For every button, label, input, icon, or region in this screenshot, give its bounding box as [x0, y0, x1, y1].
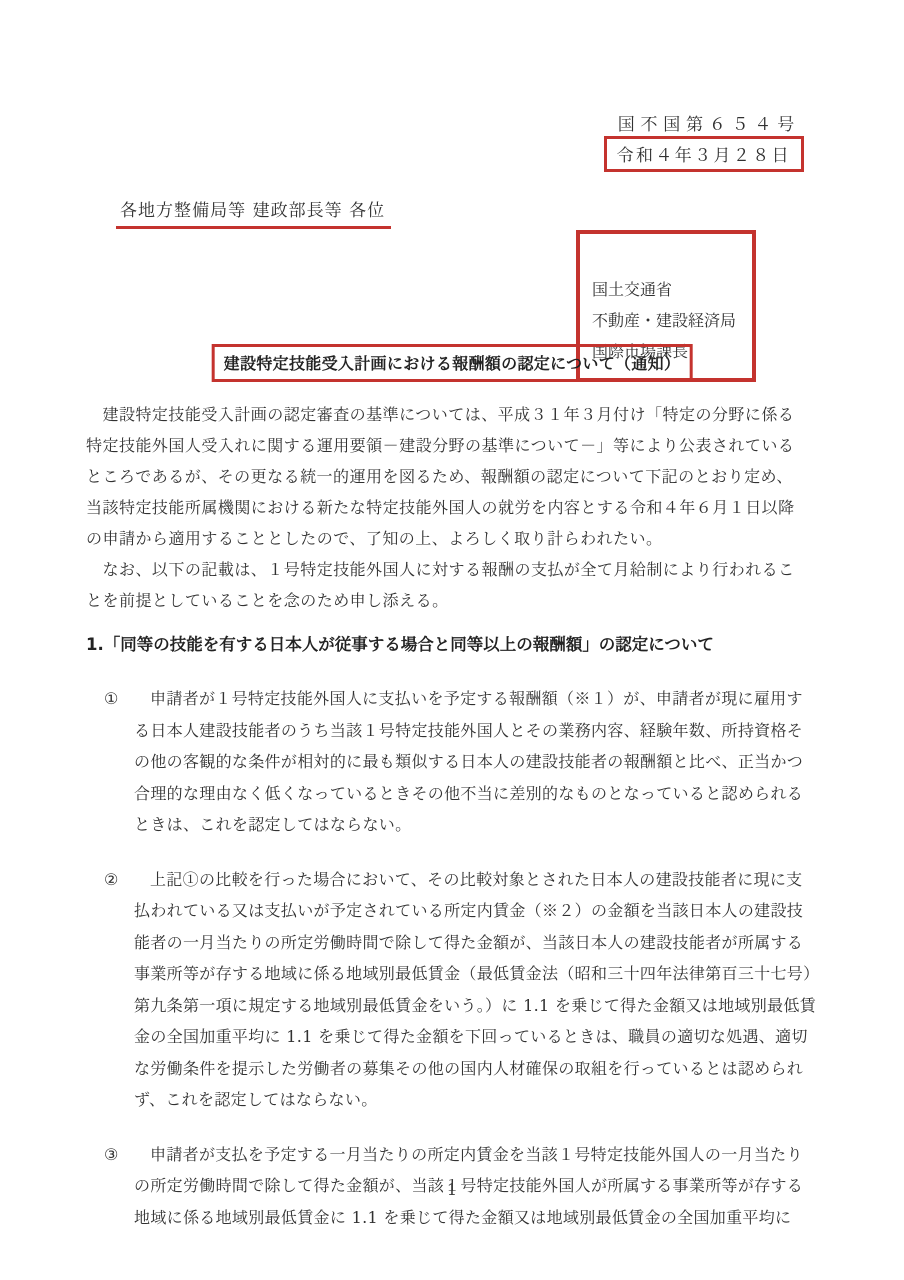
item-1-text: 申請者が１号特定技能外国人に支払いを予定する報酬額（※１）が、申請者が現に雇用す…	[134, 683, 822, 841]
date-highlight-box: 令和４年３月２８日	[604, 136, 804, 172]
numbered-item-2: ② 上記①の比較を行った場合において、その比較対象とされた日本人の建設技能者に現…	[134, 864, 822, 1116]
item-3-marker: ③	[104, 1139, 118, 1171]
document-title: 建設特定技能受入計画における報酬額の認定について（通知）	[224, 354, 681, 373]
addressee-line: 各地方整備局等 建政部長等 各位	[116, 196, 391, 229]
document-date: 令和４年３月２８日	[617, 146, 791, 166]
item-2-marker: ②	[104, 864, 118, 896]
intro-paragraph: 建設特定技能受入計画の認定審査の基準については、平成３１年３月付け「特定の分野に…	[86, 399, 822, 616]
page-number: 1	[0, 1180, 904, 1199]
item-1-marker: ①	[104, 683, 118, 715]
document-number: 国不国第６５４号	[618, 110, 800, 135]
numbered-item-1: ① 申請者が１号特定技能外国人に支払いを予定する報酬額（※１）が、申請者が現に雇…	[134, 683, 822, 841]
item-2-text: 上記①の比較を行った場合において、その比較対象とされた日本人の建設技能者に現に支…	[134, 864, 822, 1116]
title-highlight-box: 建設特定技能受入計画における報酬額の認定について（通知）	[212, 344, 693, 382]
document-page: 国不国第６５４号 令和４年３月２８日 各地方整備局等 建政部長等 各位 国土交通…	[0, 0, 904, 1280]
section-1-heading: 1.「同等の技能を有する日本人が従事する場合と同等以上の報酬額」の認定について	[86, 629, 822, 660]
document-body: 建設特定技能受入計画の認定審査の基準については、平成３１年３月付け「特定の分野に…	[86, 399, 822, 1233]
